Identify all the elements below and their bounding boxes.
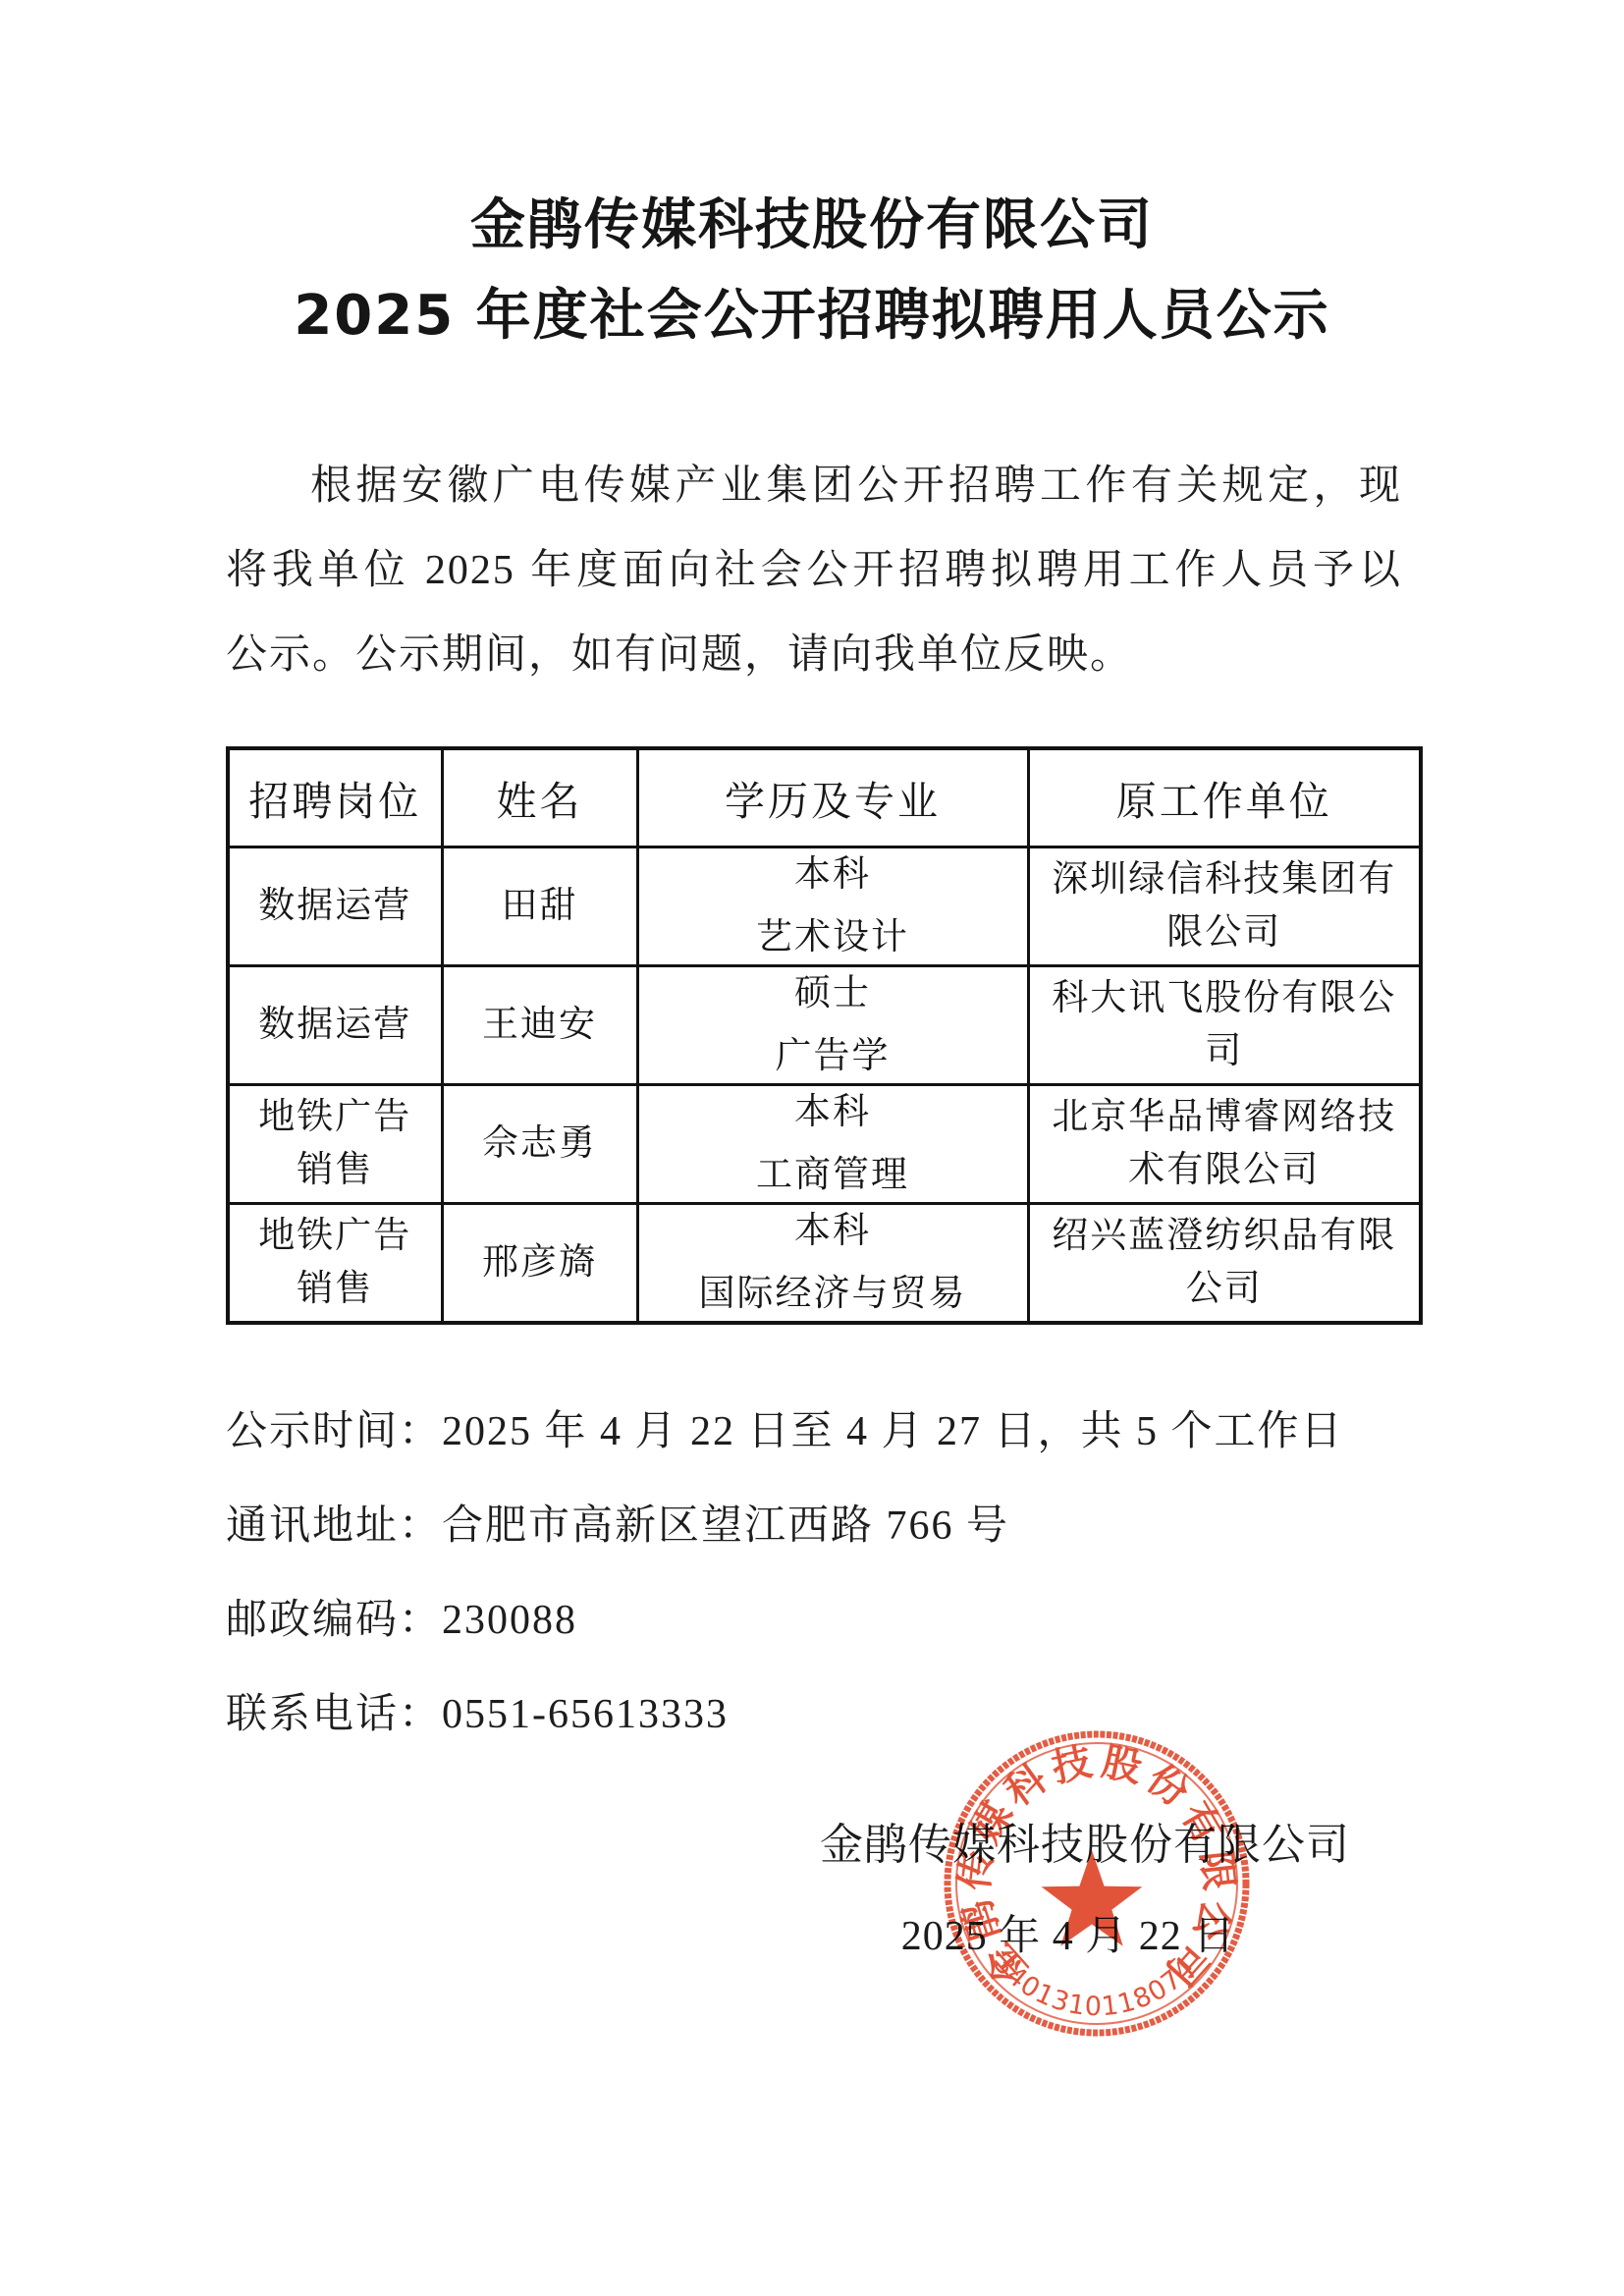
cell-major: 工商管理 [655,1149,1011,1202]
cell-position: 地铁广告销售 [228,1204,442,1324]
cell-education: 本科 工商管理 [637,1085,1028,1204]
cell-name: 邢彦旖 [442,1204,637,1324]
cell-name: 王迪安 [442,966,637,1085]
paragraph-line: 根据安徽广电传媒产业集团公开招聘工作有关规定，现 [226,444,1402,528]
cell-name: 佘志勇 [442,1085,637,1204]
column-header-education: 学历及专业 [637,748,1028,847]
hiring-roster-table: 招聘岗位 姓名 学历及专业 原工作单位 数据运营 田甜 本科 艺术设计 深圳绿信… [226,746,1423,1325]
cell-name: 田甜 [442,847,637,966]
cell-position: 地铁广告销售 [228,1085,442,1204]
document-page: { "title": { "line1": "金鹃传媒科技股份有限公司", "l… [0,0,1624,2296]
seal-star-icon [1042,1850,1143,1946]
cell-education: 本科 艺术设计 [637,847,1028,966]
intro-paragraph: 根据安徽广电传媒产业集团公开招聘工作有关规定，现 将我单位 2025 年度面向社… [226,444,1402,697]
paragraph-line: 公示。公示期间，如有问题，请向我单位反映。 [226,613,1402,697]
postal-code-line: 邮政编码：230088 [226,1573,1443,1667]
cell-former-employer: 绍兴蓝澄纺织品有限公司 [1028,1204,1421,1324]
cell-education: 硕士 广告学 [637,966,1028,1085]
table-row: 地铁广告销售 佘志勇 本科 工商管理 北京华品博睿网络技术有限公司 [228,1085,1421,1204]
cell-position: 数据运营 [228,847,442,966]
table-row: 地铁广告销售 邢彦旖 本科 国际经济与贸易 绍兴蓝澄纺织品有限公司 [228,1204,1421,1324]
column-header-position: 招聘岗位 [228,748,442,847]
phone-line: 联系电话：0551-65613333 [226,1667,1443,1762]
cell-position: 数据运营 [228,966,442,1085]
cell-education: 本科 国际经济与贸易 [637,1204,1028,1324]
cell-major: 国际经济与贸易 [655,1268,1011,1321]
document-title-line-1: 金鹃传媒科技股份有限公司 [0,182,1624,260]
address-line: 通讯地址：合肥市高新区望江西路 766 号 [226,1479,1443,1573]
company-seal-stamp: 金鹃传媒科技股份有限公司 3401310118074 [935,1722,1259,2046]
cell-former-employer: 深圳绿信科技集团有限公司 [1028,847,1421,966]
column-header-former-employer: 原工作单位 [1028,748,1421,847]
publicity-period-line: 公示时间：2025 年 4 月 22 日至 4 月 27 日，共 5 个工作日 [226,1385,1443,1479]
cell-former-employer: 北京华品博睿网络技术有限公司 [1028,1085,1421,1204]
table-row: 数据运营 王迪安 硕士 广告学 科大讯飞股份有限公司 [228,966,1421,1085]
document-title-line-2: 2025 年度社会公开招聘拟聘用人员公示 [0,272,1624,351]
column-header-name: 姓名 [442,748,637,847]
cell-degree: 本科 [655,848,1011,902]
cell-former-employer: 科大讯飞股份有限公司 [1028,966,1421,1085]
contact-details: 公示时间：2025 年 4 月 22 日至 4 月 27 日，共 5 个工作日 … [226,1385,1443,1762]
cell-degree: 硕士 [655,967,1011,1020]
table-row: 数据运营 田甜 本科 艺术设计 深圳绿信科技集团有限公司 [228,847,1421,966]
cell-major: 艺术设计 [655,911,1011,964]
paragraph-line: 将我单位 2025 年度面向社会公开招聘拟聘用工作人员予以 [226,528,1402,613]
cell-degree: 本科 [655,1086,1011,1139]
cell-major: 广告学 [655,1030,1011,1083]
table-header-row: 招聘岗位 姓名 学历及专业 原工作单位 [228,748,1421,847]
cell-degree: 本科 [655,1205,1011,1258]
